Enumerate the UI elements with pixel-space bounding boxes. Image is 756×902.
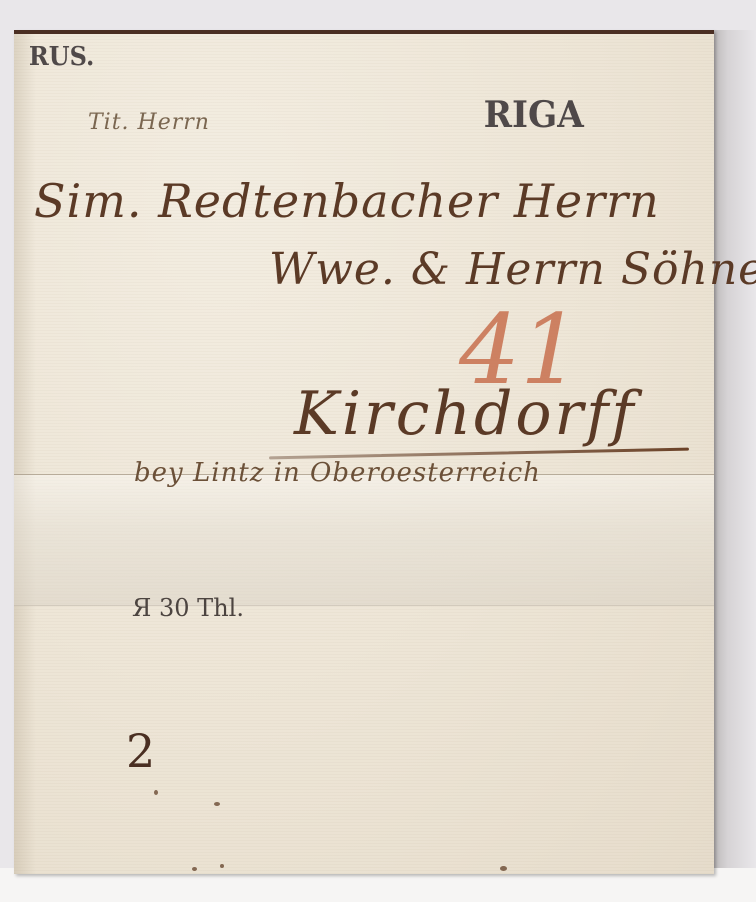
salutation: Tit. Herrn [88,110,210,135]
folded-letter: RUS. RIGA Tit. Herrn Sim. Redtenbacher H… [14,30,714,874]
destination-town: Kirchdorff [294,379,637,449]
recipient-line-1: Sim. Redtenbacher Herrn [34,174,660,228]
ink-speck [214,802,220,806]
via-line: bey Lintz in Oberoesterreich [134,458,541,488]
origin-city-postmark: RIGA [484,94,584,136]
origin-country-postmark: RUS. [29,42,94,72]
recipient-line-2: Wwe. & Herrn Söhne [269,244,756,295]
page-shadow [712,30,756,875]
letter-left-edge [14,34,36,874]
ink-speck [154,790,158,795]
ink-speck [220,864,224,868]
letter-fold-flap [14,474,714,606]
ink-speck [500,866,507,871]
lower-numeral-mark: 2 [126,724,155,778]
ink-speck [192,867,197,871]
docket-note: Я 30 Thl. [132,594,244,622]
